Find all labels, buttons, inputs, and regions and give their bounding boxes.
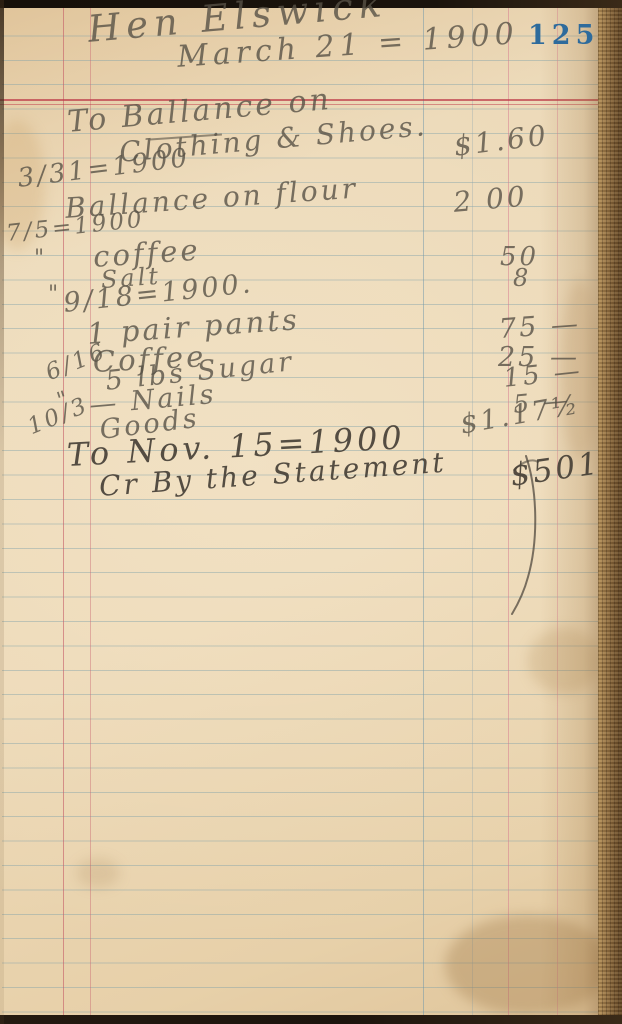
ledger-page-scan: 125 Hen Elswick March 21 = 1900 To Balla…: [0, 0, 622, 1024]
ditto-mark: ": [48, 282, 61, 307]
page-number: 125: [528, 20, 588, 51]
amount-column-blue-line: [423, 8, 424, 1016]
book-edge-bottom: [0, 1015, 622, 1024]
paper-stain: [76, 858, 120, 888]
book-binding-edge: [0, 0, 4, 1024]
book-page-edges: [598, 0, 622, 1024]
entry-amount: 2 00: [452, 180, 529, 219]
entry-amount: 75 —: [498, 308, 582, 345]
pencil-flourish-stroke: [492, 452, 562, 622]
entry-amount: 8: [513, 264, 531, 292]
ditto-mark: ": [34, 246, 47, 271]
